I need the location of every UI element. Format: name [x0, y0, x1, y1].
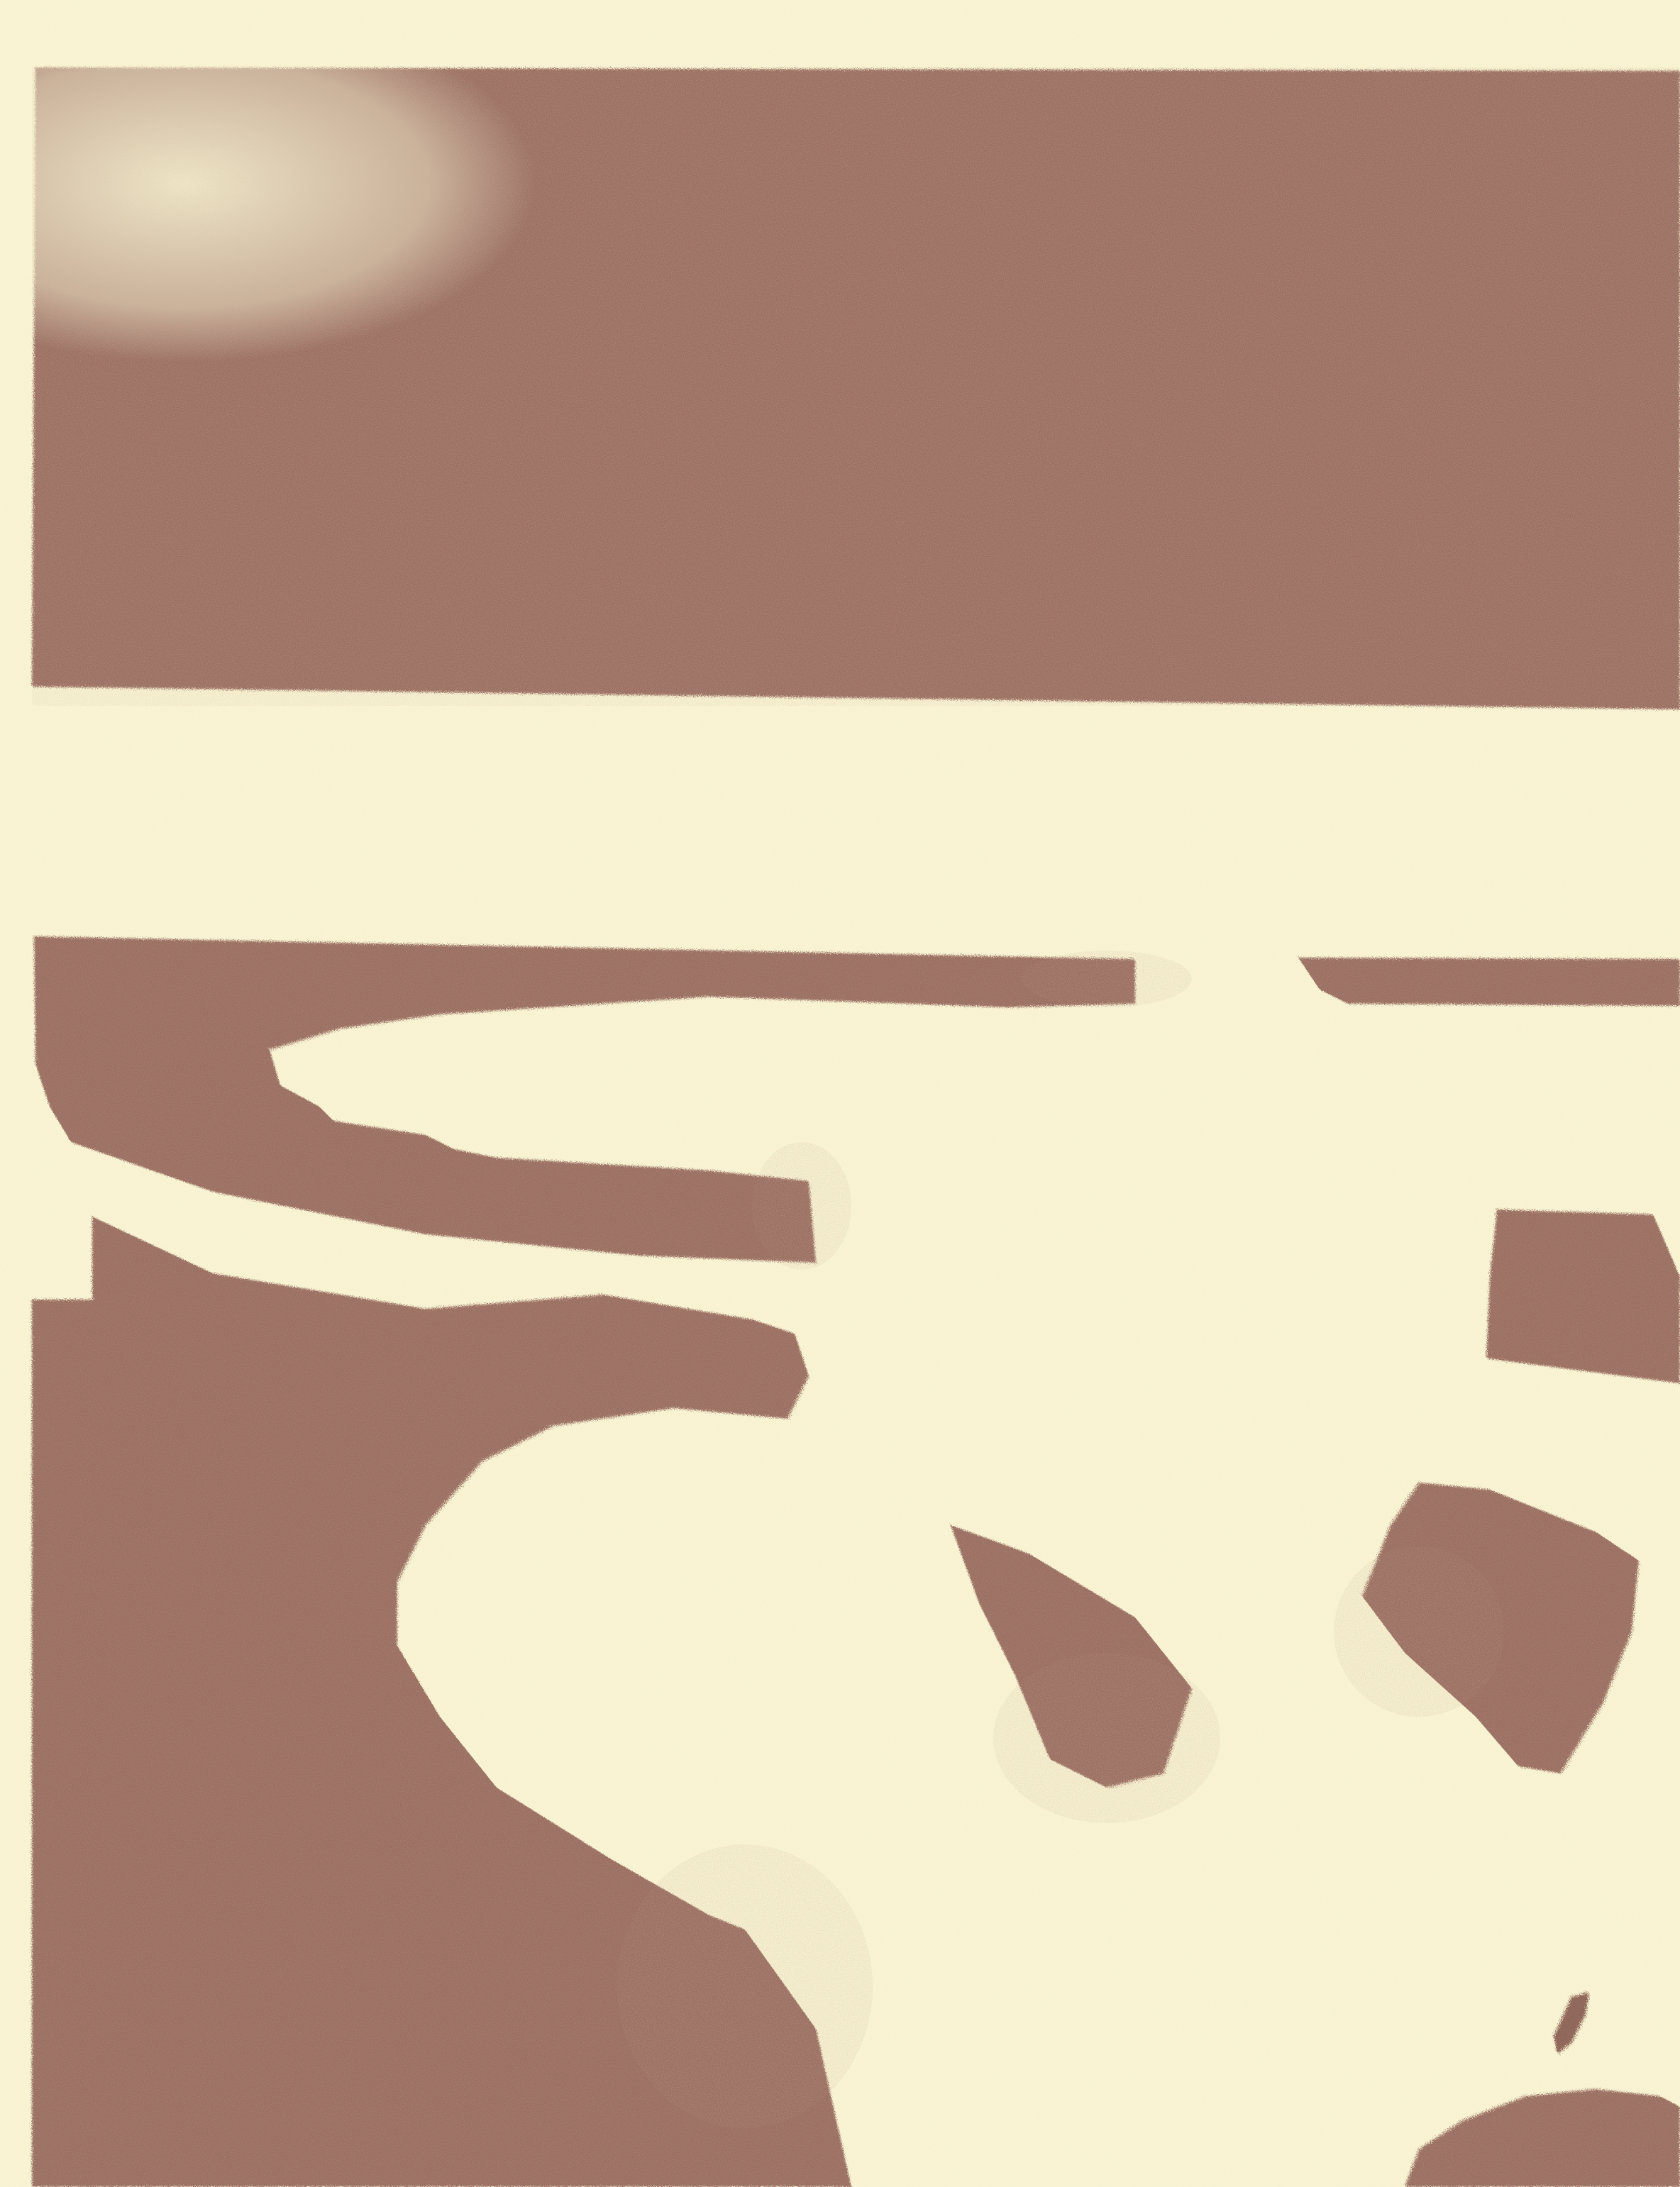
artwork-sheet: Abstract sepia print [0, 0, 1680, 2187]
abstract-print [0, 0, 1680, 2187]
paper-grain [0, 0, 1680, 2187]
